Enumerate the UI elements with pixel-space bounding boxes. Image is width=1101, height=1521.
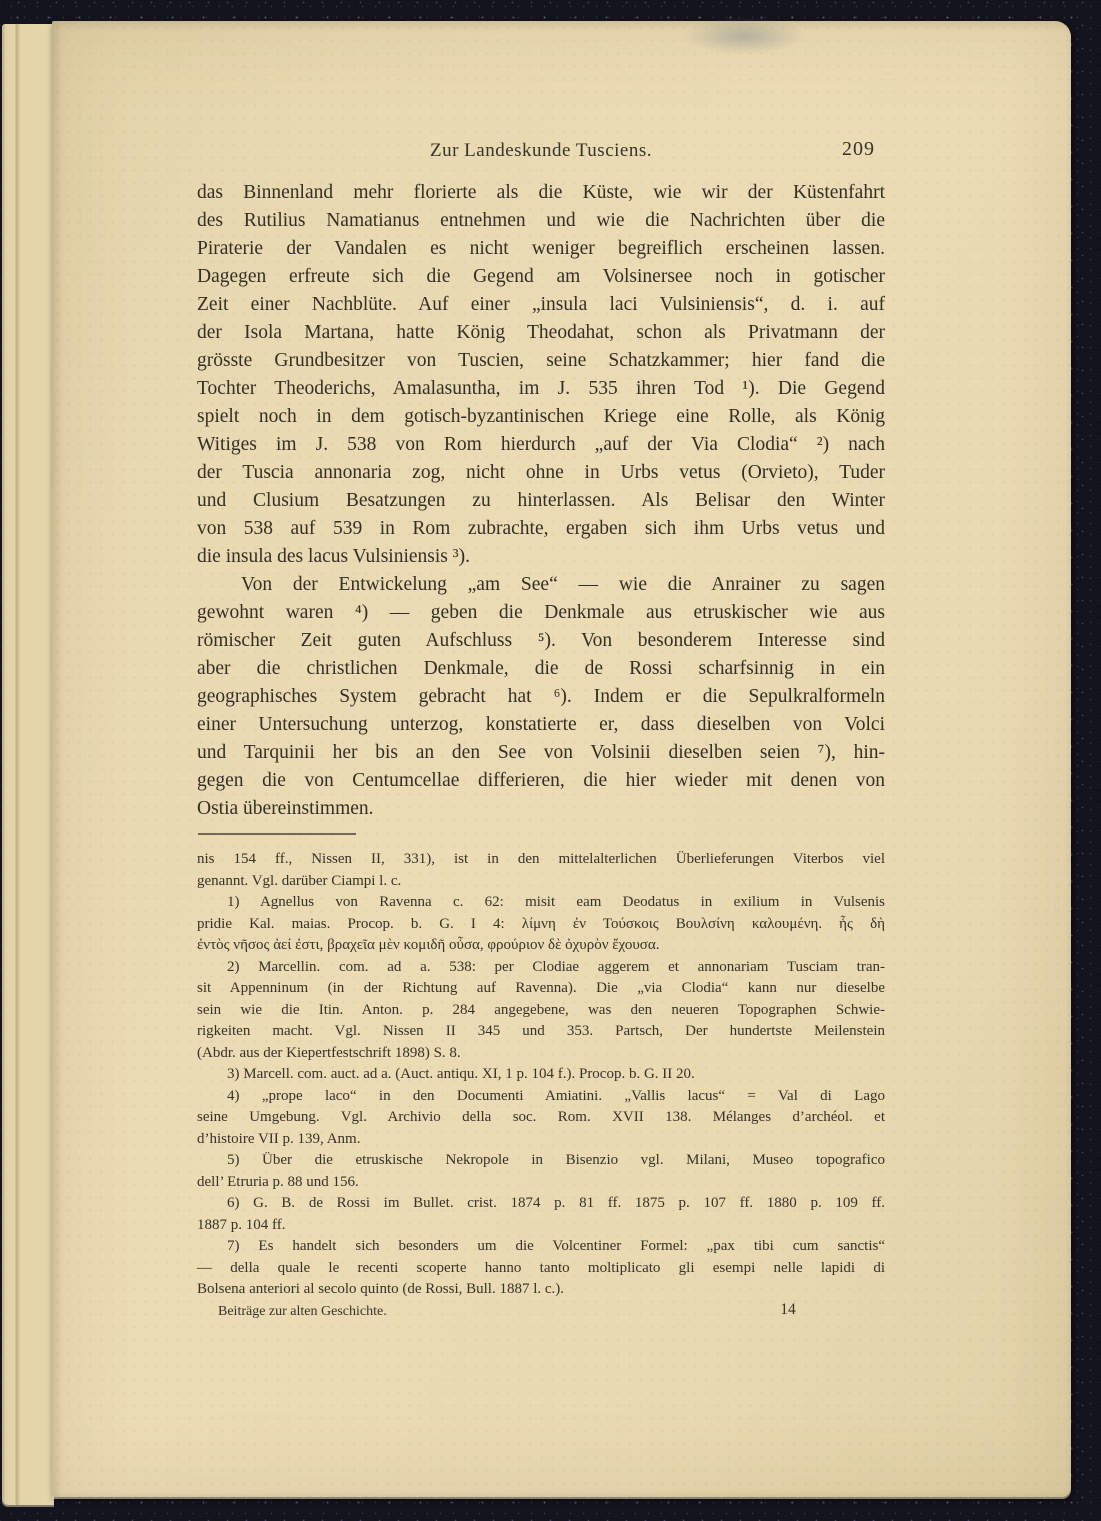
text-line: Witiges im J. 538 von Rom hierdurch „auf…: [197, 431, 885, 459]
footnote-line: 1) Agnellus von Ravenna c. 62: misit eam…: [197, 892, 885, 914]
body-text: das Binnenland mehr florierte als die Kü…: [197, 179, 885, 823]
footnote-line: (Abdr. aus der Kiepertfestschrift 1898) …: [197, 1043, 885, 1065]
text-line: der Tuscia annonaria zog, nicht ohne in …: [197, 459, 885, 487]
page-number: 209: [197, 138, 885, 161]
footnote-line: sit Appenninum (in der Richtung auf Rave…: [197, 978, 885, 1000]
series-title: Beiträge zur alten Geschichte.: [218, 1304, 387, 1320]
footnote-line: d’histoire VII p. 139, Anm.: [197, 1129, 885, 1151]
text-line: gewohnt waren ⁴) — geben die Denkmale au…: [197, 599, 885, 627]
text-line: Von der Entwickelung „am See“ — wie die …: [197, 571, 885, 599]
footnote-line: 6) G. B. de Rossi im Bullet. crist. 1874…: [197, 1193, 885, 1215]
footnote-line: 5) Über die etruskische Nekropole in Bis…: [197, 1150, 885, 1172]
sheet-number: 14: [758, 1301, 818, 1319]
text-line: der Isola Martana, hatte König Theodahat…: [197, 319, 885, 347]
footnote-line: 7) Es handelt sich besonders um die Volc…: [197, 1236, 885, 1258]
footnote-line: rigkeiten macht. Vgl. Nissen II 345 und …: [197, 1021, 885, 1043]
footnote-separator: [198, 833, 356, 835]
footnote-line: 3) Marcell. com. auct. ad a. (Auct. anti…: [197, 1064, 885, 1086]
text-line: und Clusium Besatzungen zu hinterlassen.…: [197, 487, 885, 515]
scanner-background: Zur Landeskunde Tusciens. 209 das Binnen…: [0, 0, 1101, 1521]
footnote-line: genannt. Vgl. darüber Ciampi l. c.: [197, 871, 885, 893]
text-line: aber die christlichen Denkmale, die de R…: [197, 655, 885, 683]
text-line: römischer Zeit guten Aufschluss ⁵). Von …: [197, 627, 885, 655]
footnote-line: sein wie die Itin. Anton. p. 284 angegeb…: [197, 1000, 885, 1022]
footnote-line: ἐντὸς νῆσος ἀεί ἐστι, βραχεῖα μὲν κομιδῆ…: [197, 935, 885, 957]
footnote-line: 1887 p. 104 ff.: [197, 1215, 885, 1237]
page-left-edge: [2, 24, 54, 1505]
footnote-line: — della quale le recenti scoperte hanno …: [197, 1258, 885, 1280]
text-line: von 538 auf 539 in Rom zubrachte, ergabe…: [197, 515, 885, 543]
footnote-line: seine Umgebung. Vgl. Archivio della soc.…: [197, 1107, 885, 1129]
text-line: Tochter Theoderichs, Amalasuntha, im J. …: [197, 375, 885, 403]
book-page: Zur Landeskunde Tusciens. 209 das Binnen…: [52, 21, 1071, 1497]
footnotes: nis 154 ff., Nissen II, 331), ist in den…: [197, 849, 885, 1301]
footnote-line: Bolsena anteriori al secolo quinto (de R…: [197, 1279, 885, 1301]
text-line: die insula des lacus Vulsiniensis ³).: [197, 543, 885, 571]
text-line: Ostia übereinstimmen.: [197, 795, 885, 823]
text-line: grösste Grundbesitzer von Tuscien, seine…: [197, 347, 885, 375]
footnote-line: pridie Kal. maias. Procop. b. G. I 4: λί…: [197, 914, 885, 936]
text-line: geographisches System gebracht hat ⁶). I…: [197, 683, 885, 711]
text-line: das Binnenland mehr florierte als die Kü…: [197, 179, 885, 207]
page-stain: [682, 17, 806, 55]
footnote-line: 4) „prope laco“ in den Documenti Amiatin…: [197, 1086, 885, 1108]
text-line: einer Untersuchung unterzog, konstatiert…: [197, 711, 885, 739]
text-line: des Rutilius Namatianus entnehmen und wi…: [197, 207, 885, 235]
text-line: und Tarquinii her bis an den See von Vol…: [197, 739, 885, 767]
text-line: Piraterie der Vandalen es nicht weniger …: [197, 235, 885, 263]
text-line: Dagegen erfreute sich die Gegend am Vols…: [197, 263, 885, 291]
footnote-line: 2) Marcellin. com. ad a. 538: per Clodia…: [197, 957, 885, 979]
footnote-line: nis 154 ff., Nissen II, 331), ist in den…: [197, 849, 885, 871]
text-line: spielt noch in dem gotisch-byzantinische…: [197, 403, 885, 431]
text-line: Zeit einer Nachblüte. Auf einer „insula …: [197, 291, 885, 319]
footnote-line: dell’ Etruria p. 88 und 156.: [197, 1172, 885, 1194]
text-line: gegen die von Centumcellae differieren, …: [197, 767, 885, 795]
